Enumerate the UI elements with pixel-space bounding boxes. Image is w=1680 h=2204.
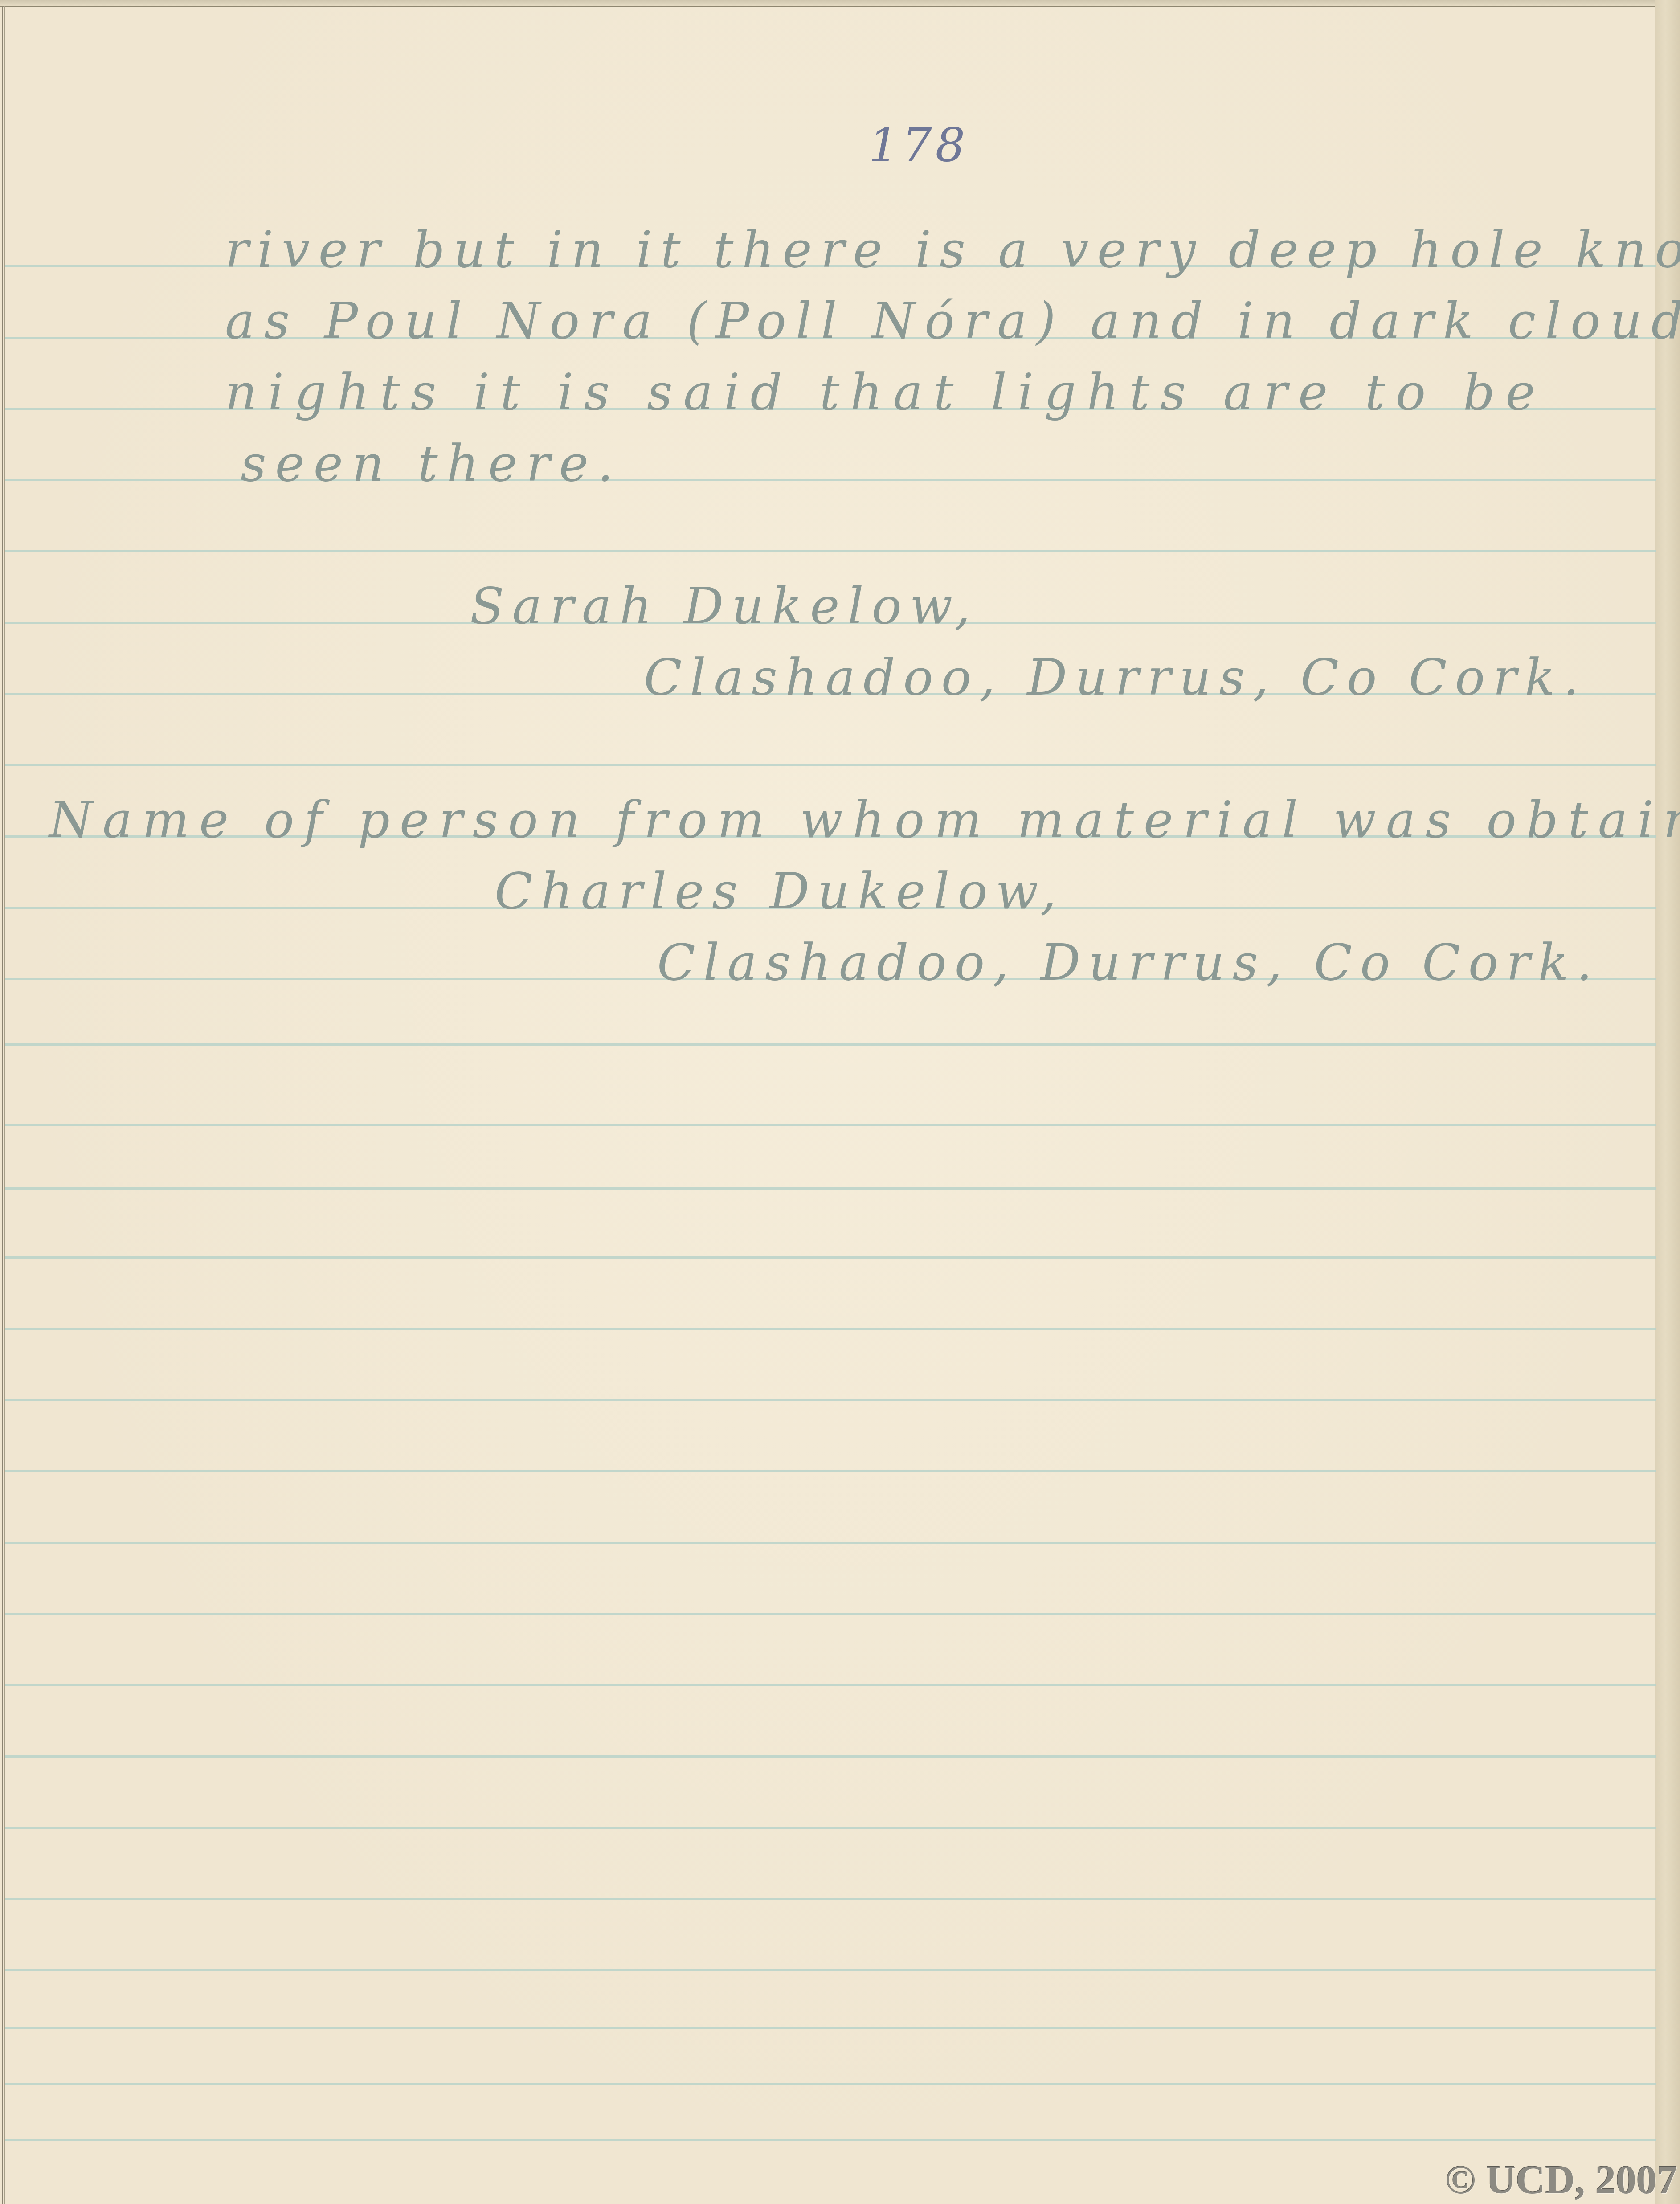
ruled-line <box>5 2027 1656 2029</box>
ruled-line <box>5 1613 1656 1615</box>
ruled-line <box>5 1256 1656 1259</box>
page-top-edge <box>0 0 1680 7</box>
ruled-line <box>5 1470 1656 1472</box>
body-line: seen there. <box>241 439 622 489</box>
ruled-line <box>5 1399 1656 1401</box>
ruled-line <box>5 764 1656 766</box>
author-name: Sarah Dukelow, <box>470 581 978 631</box>
informant-address: Clashadoo, Durrus, Co Cork. <box>657 938 1600 988</box>
left-margin-line-inner <box>4 6 5 2204</box>
ruled-line <box>5 1684 1656 1686</box>
ruled-line <box>5 1898 1656 1900</box>
ruled-line <box>5 1542 1656 1544</box>
body-line: as Poul Nora (Poll Nóra) and in dark clo… <box>225 296 1680 346</box>
informant-name: Charles Dukelow, <box>495 867 1064 916</box>
ruled-line <box>5 1124 1656 1126</box>
page-number: 178 <box>869 118 969 172</box>
body-line: nights it is said that lights are to be <box>225 368 1546 417</box>
copyright-watermark: © UCD, 2007 <box>1445 2156 1677 2203</box>
author-address: Clashadoo, Durrus, Co Cork. <box>644 653 1587 703</box>
ruled-line <box>5 1187 1656 1190</box>
notebook-page: 178 river but in it there is a very deep… <box>0 0 1680 2204</box>
ruled-line <box>5 1328 1656 1330</box>
ruled-line <box>5 1969 1656 1971</box>
body-line: river but in it there is a very deep hol… <box>225 225 1680 275</box>
ruled-line <box>5 2139 1656 2141</box>
left-margin-line <box>2 6 3 2204</box>
ruled-line <box>5 1755 1656 1758</box>
informant-label: Name of person from whom material was ob… <box>49 795 1680 845</box>
ruled-line <box>5 1043 1656 1046</box>
ruled-line <box>5 1827 1656 1829</box>
ruled-line <box>5 550 1656 552</box>
ruled-line <box>5 2083 1656 2085</box>
